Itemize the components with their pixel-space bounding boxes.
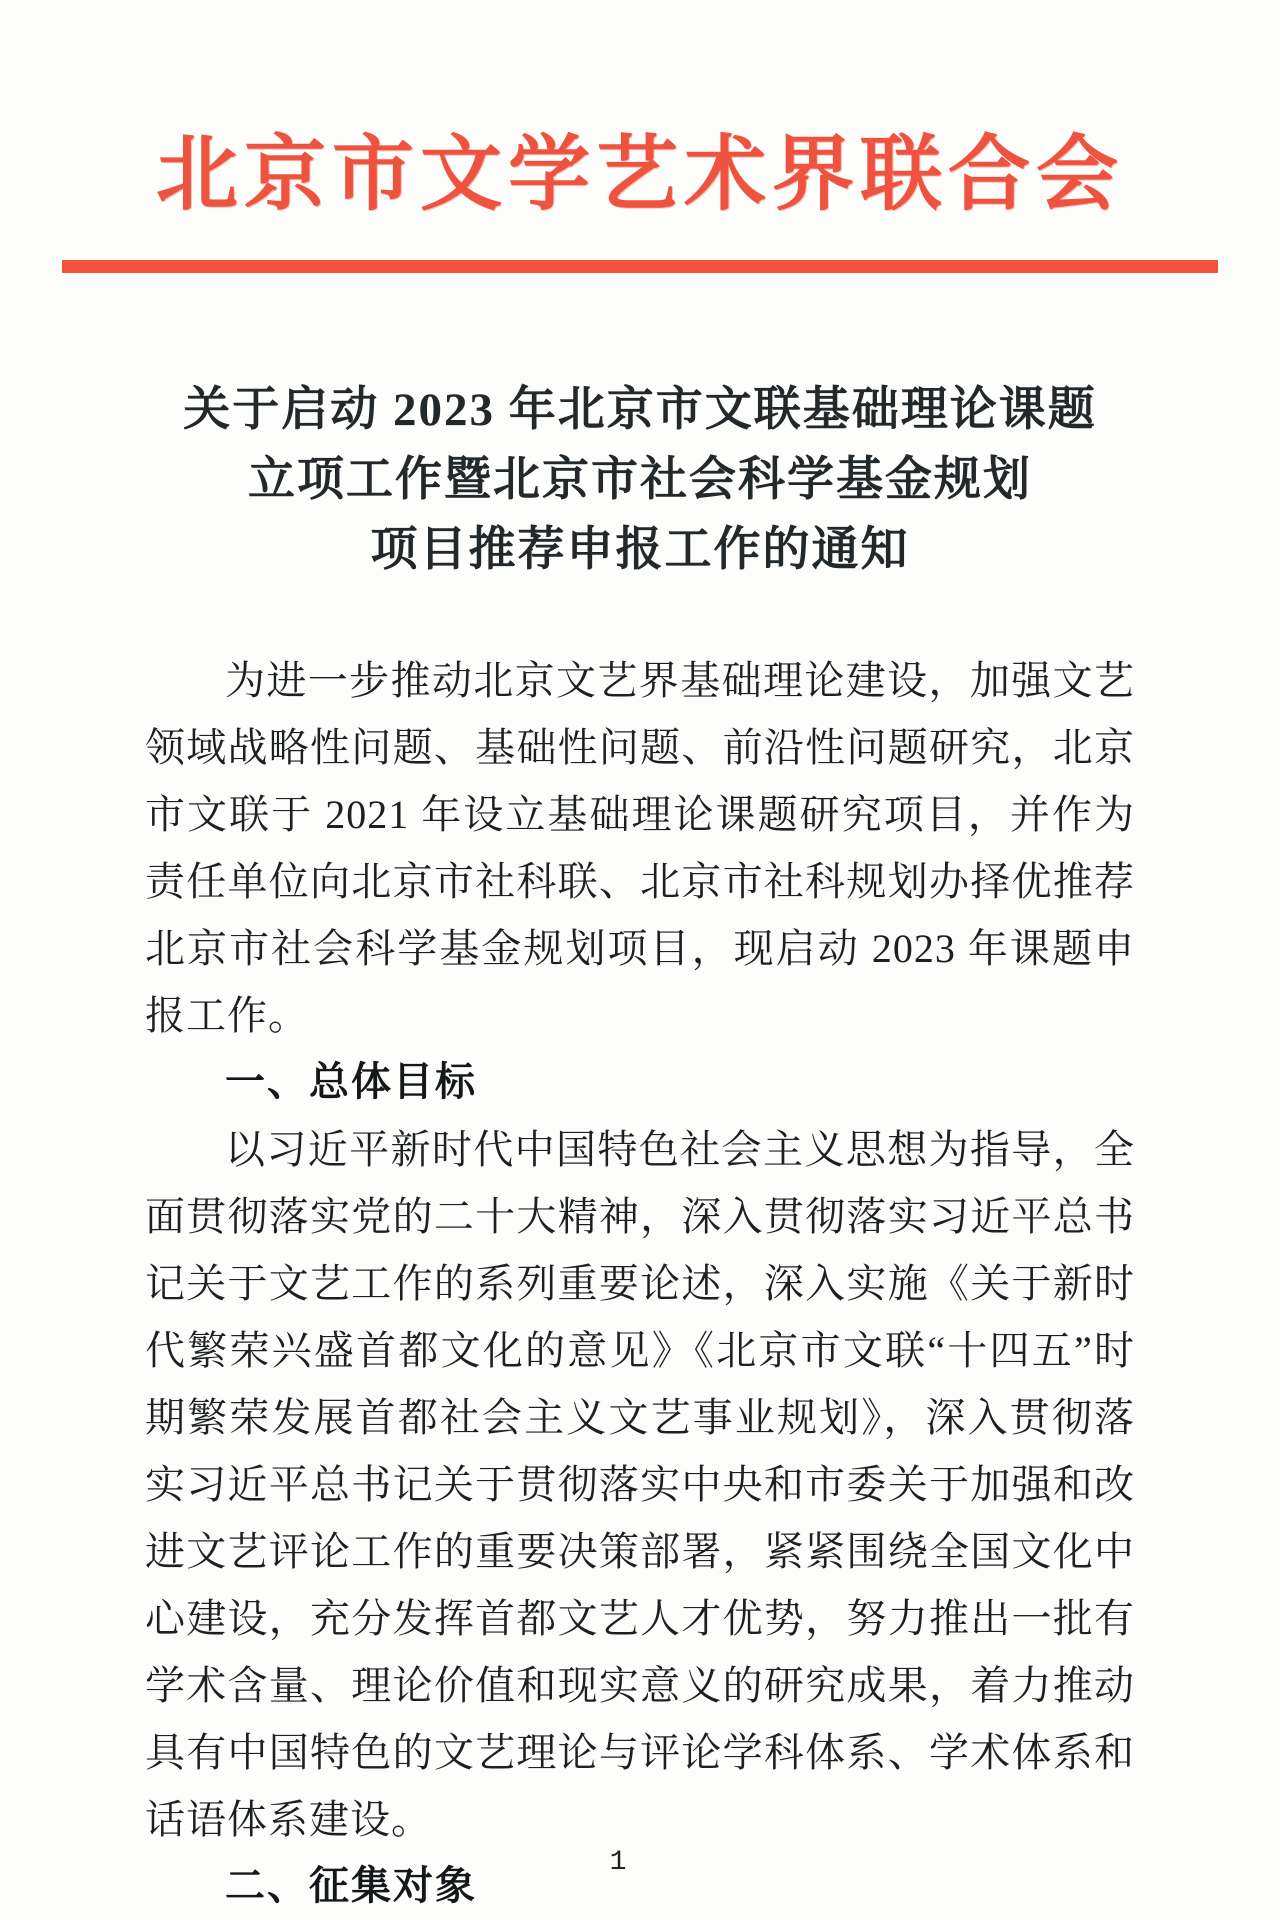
document-title-line-2: 立项工作暨北京市社会科学基金规划 bbox=[0, 445, 1280, 515]
section-heading-overall-goal: 一、总体目标 bbox=[145, 1049, 1135, 1116]
document-body: 为进一步推动北京文艺界基础理论建设，加强文艺领域战略性问题、基础性问题、前沿性问… bbox=[145, 647, 1135, 1920]
document-title: 关于启动 2023 年北京市文联基础理论课题 立项工作暨北京市社会科学基金规划 … bbox=[0, 375, 1280, 585]
organization-name: 北京市文学艺术界联合会 bbox=[156, 128, 1124, 222]
letterhead-divider bbox=[62, 260, 1218, 273]
document-title-line-1: 关于启动 2023 年北京市文联基础理论课题 bbox=[0, 375, 1280, 445]
paragraph-intro: 为进一步推动北京文艺界基础理论建设，加强文艺领域战略性问题、基础性问题、前沿性问… bbox=[145, 647, 1135, 1049]
document-page: 北京市文学艺术界联合会 关于启动 2023 年北京市文联基础理论课题 立项工作暨… bbox=[0, 0, 1280, 1920]
letterhead: 北京市文学艺术界联合会 bbox=[0, 128, 1280, 222]
page-number: 1 bbox=[0, 1847, 1236, 1878]
document-title-line-3: 项目推荐申报工作的通知 bbox=[0, 515, 1280, 585]
paragraph-overall-goal: 以习近平新时代中国特色社会主义思想为指导，全面贯彻落实党的二十大精神，深入贯彻落… bbox=[145, 1116, 1135, 1853]
